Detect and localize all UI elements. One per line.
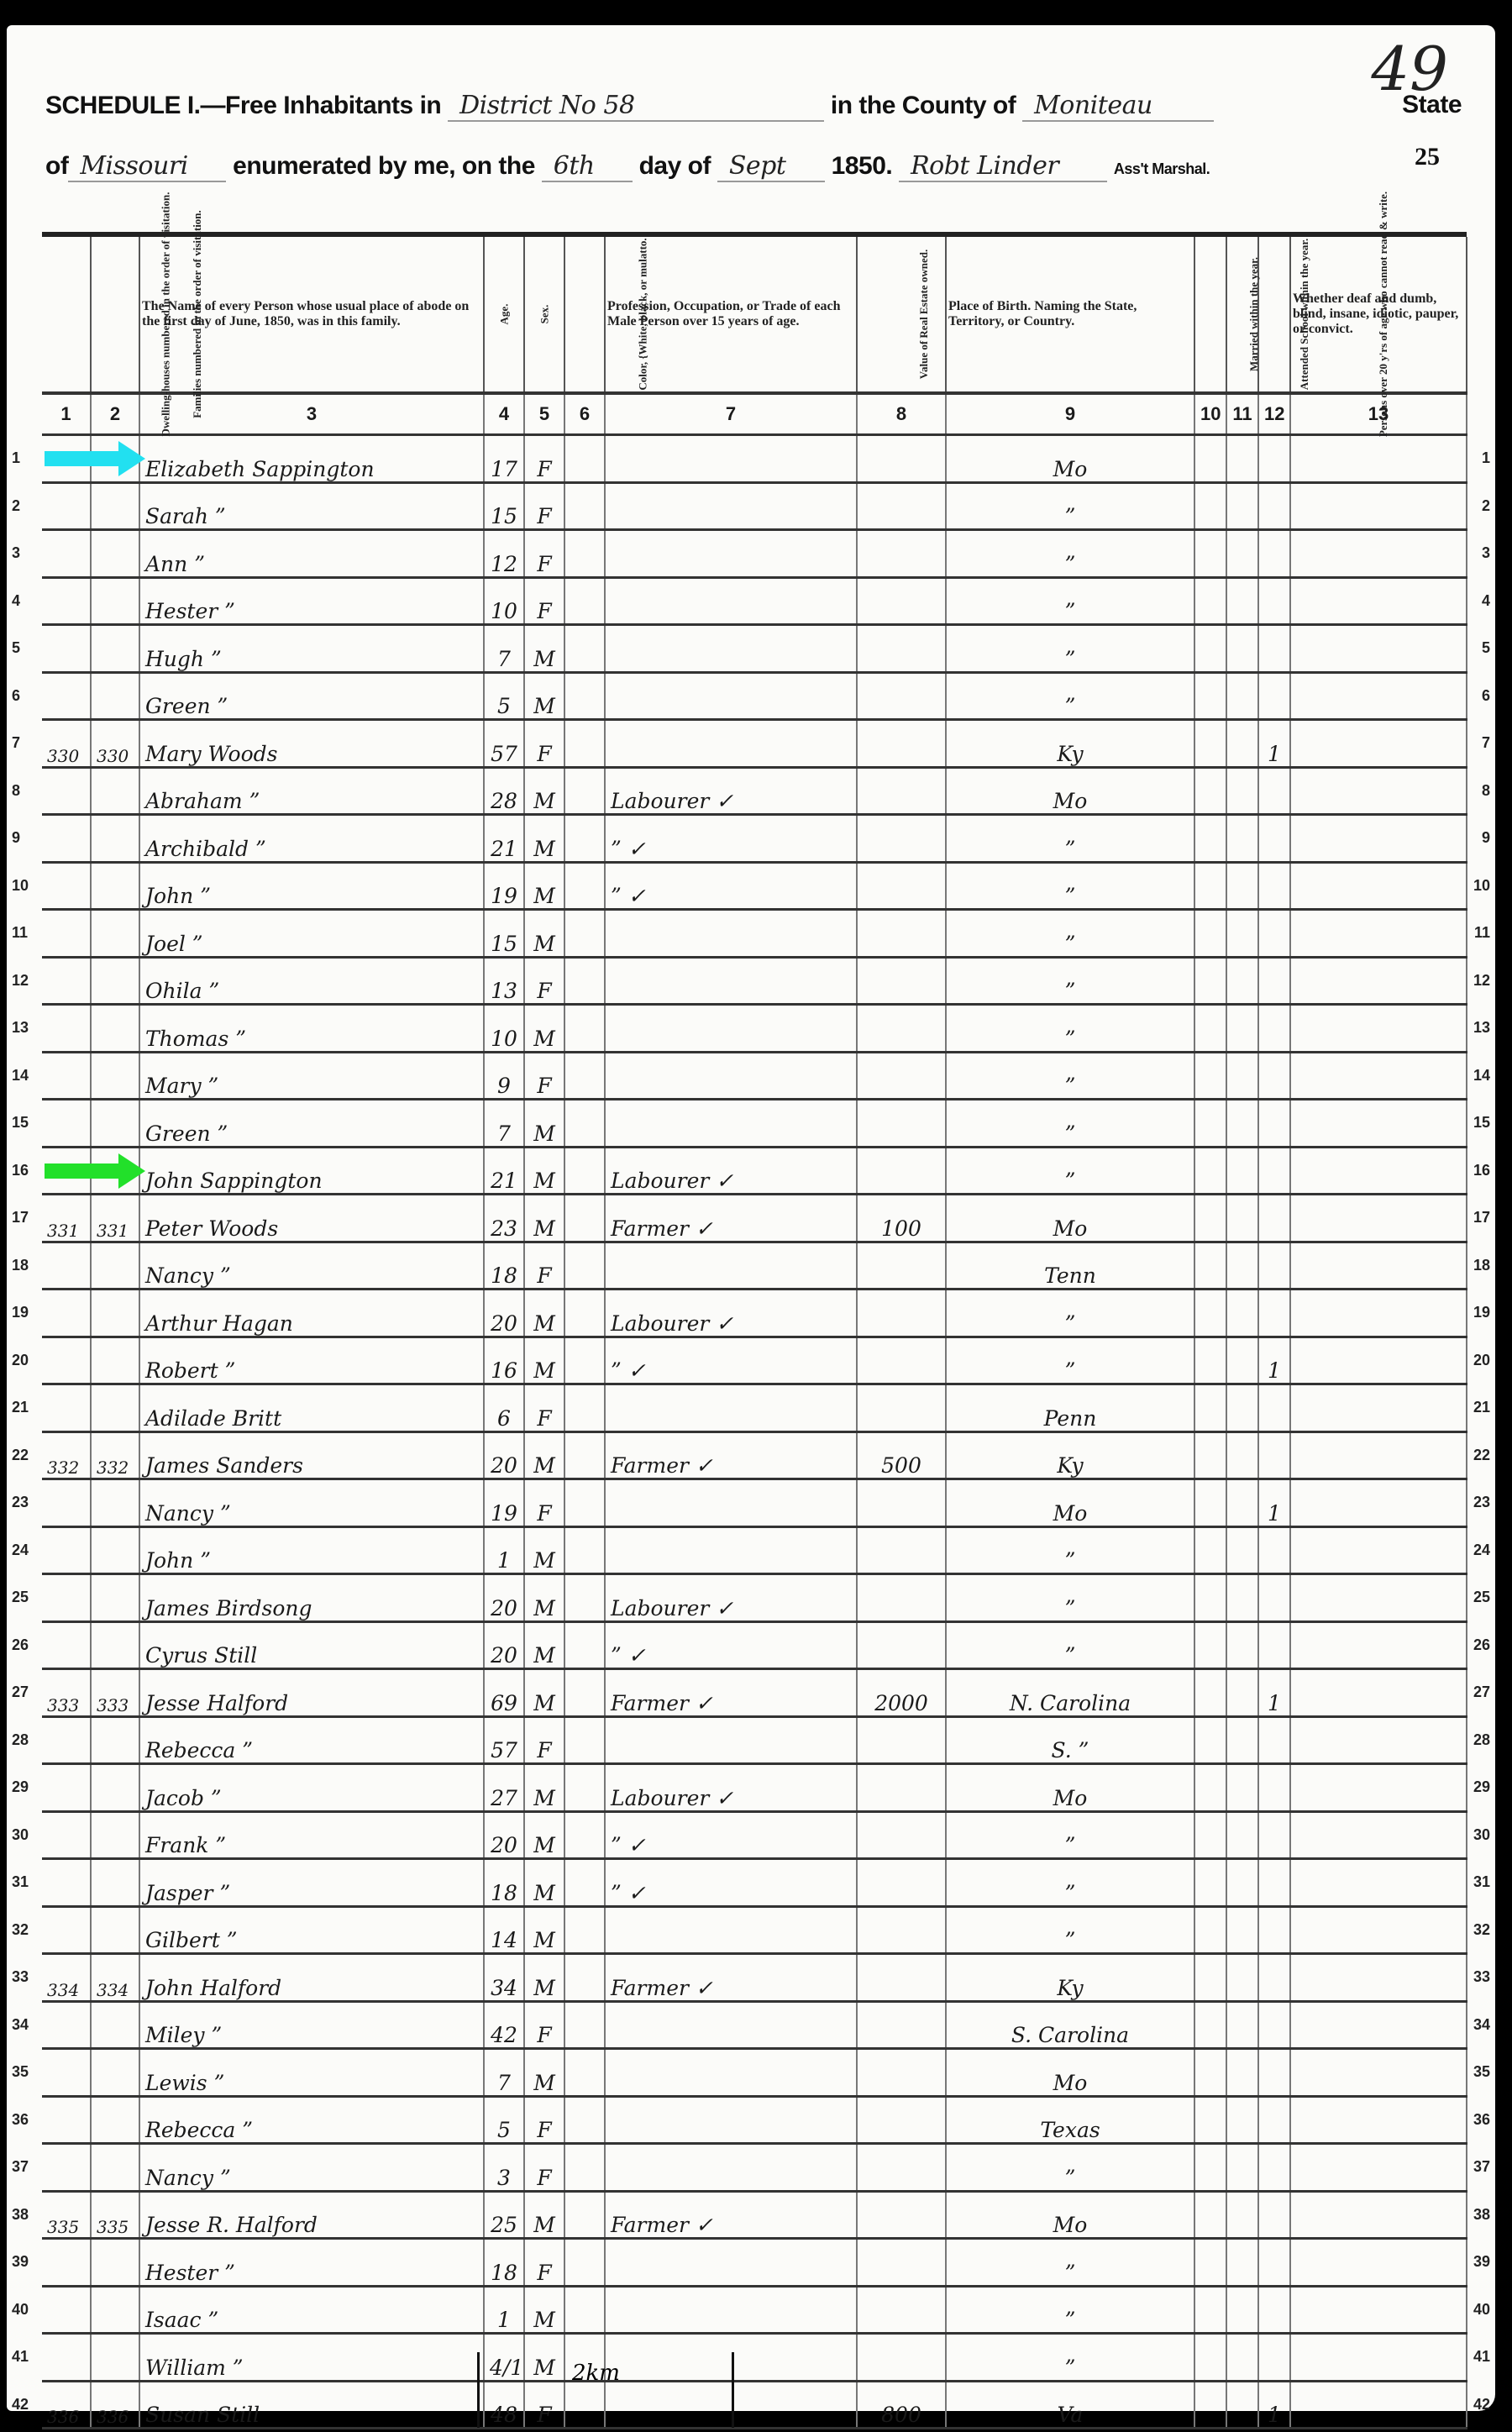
line-number: 36 [1473, 2111, 1490, 2129]
cell-family [91, 957, 139, 1005]
line-number: 9 [12, 829, 20, 847]
cell-empty [1194, 910, 1226, 958]
cell-dwelling [42, 1764, 91, 1812]
cell-family: 332 [91, 1431, 139, 1479]
column-number-row: 12345678910111213 [42, 393, 1467, 435]
cell-c12 [1258, 2144, 1290, 2192]
cell-dwelling [42, 530, 91, 578]
line-number: 39 [12, 2253, 29, 2271]
cell-name: Jesse R. Halford [139, 2191, 484, 2239]
census-page: 49 SCHEDULE I.—Free Inhabitants in Distr… [7, 25, 1495, 2411]
cell-empty [564, 1431, 605, 1479]
cell-empty [1226, 1384, 1258, 1432]
census-rows: Elizabeth Sappington17FMoSarah ”15F”Ann … [42, 435, 1467, 2429]
cell-birthplace: ” [946, 1811, 1194, 1859]
cell-value [857, 1574, 946, 1622]
cell-empty [1194, 1954, 1226, 2002]
table-row: Frank ”20M” ✓” [42, 1811, 1467, 1859]
cell-name: Lewis ” [139, 2049, 484, 2097]
table-row: Ann ”12F” [42, 530, 1467, 578]
cell-age: 25 [484, 2191, 524, 2239]
cell-empty [1194, 2381, 1226, 2429]
cell-name: Miley ” [139, 2001, 484, 2049]
cell-dwelling [42, 625, 91, 673]
line-number: 2 [12, 497, 20, 515]
cell-empty [1290, 1147, 1467, 1195]
line-number: 11 [12, 924, 28, 942]
table-row: 333333Jesse Halford69MFarmer ✓2000N. Car… [42, 1669, 1467, 1717]
cell-c12 [1258, 2049, 1290, 2097]
cell-birthplace: ” [946, 1906, 1194, 1954]
cell-family [91, 672, 139, 720]
cell-empty [1194, 530, 1226, 578]
cell-empty [1194, 1811, 1226, 1859]
cell-empty [1290, 862, 1467, 910]
cell-empty [1226, 2381, 1258, 2429]
cell-dwelling [42, 1479, 91, 1527]
cell-c12 [1258, 1005, 1290, 1053]
cell-empty [1226, 482, 1258, 530]
cell-empty [1226, 1195, 1258, 1242]
cell-dwelling [42, 1005, 91, 1053]
table-row: Green ”7M” [42, 1100, 1467, 1148]
cell-family [91, 1764, 139, 1812]
table-row: Nancy ”18FTenn [42, 1242, 1467, 1290]
cell-family [91, 862, 139, 910]
footer-note: 2km [572, 2361, 620, 2386]
cell-name: Adilade Britt [139, 1384, 484, 1432]
cell-empty [564, 1954, 605, 2002]
cell-name: Hester ” [139, 2239, 484, 2287]
line-number: 7 [12, 734, 20, 752]
line-number: 29 [12, 1778, 29, 1796]
cell-occupation: Labourer ✓ [605, 767, 857, 815]
cell-empty [564, 1147, 605, 1195]
cell-value [857, 957, 946, 1005]
cell-family [91, 1384, 139, 1432]
cell-empty [1226, 1954, 1258, 2002]
cell-empty [1194, 1479, 1226, 1527]
cell-value [857, 530, 946, 578]
cell-birthplace: ” [946, 1147, 1194, 1195]
cell-empty [564, 1100, 605, 1148]
cell-sex: M [524, 1669, 564, 1717]
cell-birthplace: ” [946, 1290, 1194, 1337]
cell-value [857, 1811, 946, 1859]
cell-value [857, 2049, 946, 2097]
column-number-5: 5 [524, 393, 564, 435]
column-number-4: 4 [484, 393, 524, 435]
line-number: 30 [12, 1826, 29, 1844]
cell-empty [1290, 1526, 1467, 1574]
line-number: 17 [1473, 1209, 1490, 1227]
header-line-1: SCHEDULE I.—Free Inhabitants in District… [45, 91, 1462, 133]
cell-empty [1194, 482, 1226, 530]
cell-c12 [1258, 1574, 1290, 1622]
cell-empty [1290, 2334, 1467, 2382]
table-row: Jacob ”27MLabourer ✓Mo [42, 1764, 1467, 1812]
cell-birthplace: Tenn [946, 1242, 1194, 1290]
cell-sex: F [524, 1052, 564, 1100]
cell-family [91, 1716, 139, 1764]
cell-occupation [605, 1384, 857, 1432]
cell-empty [1290, 435, 1467, 483]
cell-empty [1226, 1479, 1258, 1527]
cell-empty [1226, 1859, 1258, 1907]
cell-occupation [605, 435, 857, 483]
cell-c12 [1258, 1431, 1290, 1479]
cell-empty [1194, 1147, 1226, 1195]
line-number: 27 [12, 1683, 29, 1701]
column-header-label: Married within the year. [1247, 257, 1261, 371]
cell-empty [1290, 1811, 1467, 1859]
cell-empty [1290, 720, 1467, 768]
cell-occupation [605, 2049, 857, 2097]
cell-family [91, 2049, 139, 2097]
line-number: 5 [1482, 639, 1490, 657]
cell-age: 10 [484, 1005, 524, 1053]
cell-empty [1290, 1242, 1467, 1290]
cell-name: Robert ” [139, 1337, 484, 1384]
cell-age: 3 [484, 2144, 524, 2192]
cell-value [857, 1764, 946, 1812]
cell-sex: F [524, 1716, 564, 1764]
cell-c12 [1258, 2096, 1290, 2144]
cell-empty [1290, 1384, 1467, 1432]
line-number: 39 [1473, 2253, 1490, 2271]
table-row: Adilade Britt6FPenn [42, 1384, 1467, 1432]
cell-birthplace: Penn [946, 1384, 1194, 1432]
cell-value [857, 2096, 946, 2144]
cell-name: William ” [139, 2334, 484, 2382]
cell-empty [1226, 862, 1258, 910]
cell-empty [1226, 1290, 1258, 1337]
cell-dwelling [42, 2286, 91, 2334]
cell-c12 [1258, 577, 1290, 625]
cell-empty [1290, 815, 1467, 863]
cell-age: 18 [484, 1859, 524, 1907]
cell-occupation: ” ✓ [605, 1621, 857, 1669]
cell-birthplace: ” [946, 815, 1194, 863]
census-table: Dwelling-houses numbered in the order of… [42, 232, 1467, 2429]
cell-sex: M [524, 767, 564, 815]
column-header-label: Age. [497, 303, 511, 324]
cell-birthplace: ” [946, 530, 1194, 578]
column-header-label: Attended School within the year. [1298, 238, 1311, 389]
cell-birthplace: Mo [946, 435, 1194, 483]
cell-birthplace: S. Carolina [946, 2001, 1194, 2049]
cell-empty [564, 767, 605, 815]
table-row: Archibald ”21M” ✓” [42, 815, 1467, 863]
cell-empty [1226, 1526, 1258, 1574]
cell-family [91, 767, 139, 815]
cell-empty [564, 1621, 605, 1669]
cell-sex: F [524, 482, 564, 530]
cell-sex: M [524, 2191, 564, 2239]
cell-birthplace: Va [946, 2381, 1194, 2429]
line-number: 27 [1473, 1683, 1490, 1701]
cell-empty [564, 1242, 605, 1290]
cell-occupation [605, 1526, 857, 1574]
cell-value [857, 1100, 946, 1148]
cell-empty [1290, 482, 1467, 530]
cell-c12 [1258, 1052, 1290, 1100]
cell-family: 333 [91, 1669, 139, 1717]
line-number: 16 [12, 1162, 29, 1179]
cell-sex: M [524, 2286, 564, 2334]
cell-empty [1194, 1195, 1226, 1242]
cell-occupation: Farmer ✓ [605, 2191, 857, 2239]
line-number: 24 [1473, 1542, 1490, 1559]
cell-name: Nancy ” [139, 1479, 484, 1527]
line-number: 10 [1473, 877, 1490, 895]
cell-occupation [605, 720, 857, 768]
cell-c12 [1258, 815, 1290, 863]
cell-age: 28 [484, 767, 524, 815]
cell-birthplace: ” [946, 2334, 1194, 2382]
cell-empty [1290, 2239, 1467, 2287]
cell-sex: M [524, 1621, 564, 1669]
cell-family: 331 [91, 1195, 139, 1242]
table-row: Cyrus Still20M” ✓” [42, 1621, 1467, 1669]
cell-name: Green ” [139, 672, 484, 720]
cell-empty [1226, 2286, 1258, 2334]
cell-name: Susan Still [139, 2381, 484, 2429]
line-number: 34 [1473, 2016, 1490, 2034]
line-number: 22 [1473, 1447, 1490, 1464]
cell-empty [564, 720, 605, 768]
cell-c12: 1 [1258, 720, 1290, 768]
cell-occupation: Farmer ✓ [605, 1195, 857, 1242]
cell-occupation [605, 2001, 857, 2049]
cell-c12 [1258, 1716, 1290, 1764]
cell-empty [564, 910, 605, 958]
cell-family [91, 2096, 139, 2144]
cell-value [857, 1906, 946, 1954]
cell-empty [1290, 1621, 1467, 1669]
table-row: Ohila ”13F” [42, 957, 1467, 1005]
cell-occupation [605, 2096, 857, 2144]
cell-age: 20 [484, 1574, 524, 1622]
cell-empty [564, 1384, 605, 1432]
line-number: 6 [1482, 687, 1490, 705]
cell-sex: F [524, 720, 564, 768]
table-row: 334334John Halford34MFarmer ✓Ky [42, 1954, 1467, 2002]
county-label: in the County of [831, 92, 1016, 119]
table-row: Elizabeth Sappington17FMo [42, 435, 1467, 483]
cell-birthplace: ” [946, 2239, 1194, 2287]
cell-sex: M [524, 1764, 564, 1812]
cell-age: 1 [484, 1526, 524, 1574]
cell-empty [1194, 672, 1226, 720]
cell-empty [564, 957, 605, 1005]
line-number: 23 [12, 1494, 29, 1511]
cell-value [857, 1290, 946, 1337]
cell-empty [1194, 2239, 1226, 2287]
column-number-1: 1 [42, 393, 91, 435]
line-number: 33 [12, 1968, 29, 1986]
cell-dwelling: 330 [42, 720, 91, 768]
cell-birthplace: ” [946, 1100, 1194, 1148]
column-number-8: 8 [857, 393, 946, 435]
cell-sex: M [524, 2049, 564, 2097]
cell-empty [1290, 577, 1467, 625]
line-number: 42 [1473, 2396, 1490, 2414]
cell-empty [1226, 1100, 1258, 1148]
cell-dwelling [42, 1906, 91, 1954]
cell-c12 [1258, 1290, 1290, 1337]
cell-empty [1226, 1052, 1258, 1100]
line-number: 19 [12, 1304, 29, 1321]
line-number: 25 [12, 1589, 29, 1606]
cell-family: 336 [91, 2381, 139, 2429]
cell-c12 [1258, 1954, 1290, 2002]
cell-age: 7 [484, 625, 524, 673]
cell-empty [1226, 1242, 1258, 1290]
cell-empty [564, 2049, 605, 2097]
cell-c12: 1 [1258, 1669, 1290, 1717]
cell-empty [1290, 672, 1467, 720]
cell-empty [1290, 767, 1467, 815]
cell-value [857, 435, 946, 483]
line-number: 20 [12, 1352, 29, 1369]
cell-dwelling [42, 1574, 91, 1622]
cell-empty [564, 815, 605, 863]
cell-empty [1226, 767, 1258, 815]
cell-value [857, 625, 946, 673]
cell-empty [564, 1574, 605, 1622]
cell-dwelling [42, 1290, 91, 1337]
cell-c12 [1258, 910, 1290, 958]
line-number: 25 [1473, 1589, 1490, 1606]
cell-sex: M [524, 1100, 564, 1148]
cell-dwelling [42, 767, 91, 815]
line-number: 13 [12, 1019, 29, 1037]
cell-empty [1194, 720, 1226, 768]
table-row: Arthur Hagan20MLabourer ✓” [42, 1290, 1467, 1337]
line-number: 15 [12, 1114, 29, 1132]
cell-birthplace: N. Carolina [946, 1669, 1194, 1717]
line-number: 35 [1473, 2063, 1490, 2081]
cell-empty [1290, 910, 1467, 958]
month-value: Sept [717, 151, 825, 182]
line-number: 38 [12, 2206, 29, 2224]
cell-occupation [605, 1242, 857, 1290]
state-label: State [1402, 91, 1462, 119]
cell-value [857, 2286, 946, 2334]
cell-empty [1290, 2001, 1467, 2049]
line-number: 1 [12, 449, 20, 467]
cell-empty [1226, 1005, 1258, 1053]
county-value: Moniteau [1022, 91, 1214, 122]
cell-empty [1290, 1574, 1467, 1622]
cell-c12: 1 [1258, 1479, 1290, 1527]
column-header-label: Families numbered in the order of visita… [191, 210, 204, 418]
cell-dwelling [42, 1859, 91, 1907]
line-number: 3 [12, 544, 20, 562]
cell-sex: M [524, 1195, 564, 1242]
cell-empty [1226, 1764, 1258, 1812]
cell-empty [1290, 2144, 1467, 2192]
cell-empty [1194, 1621, 1226, 1669]
cell-occupation [605, 530, 857, 578]
table-row: John ”19M” ✓” [42, 862, 1467, 910]
column-header-label: Persons over 20 y'rs of age who cannot r… [1377, 191, 1390, 436]
cell-empty [1194, 577, 1226, 625]
cell-empty [1194, 1384, 1226, 1432]
cell-name: Thomas ” [139, 1005, 484, 1053]
cell-dwelling [42, 862, 91, 910]
district-value: District No 58 [448, 91, 824, 122]
cell-empty [1290, 1906, 1467, 1954]
line-number: 31 [1473, 1873, 1490, 1891]
cell-sex: M [524, 910, 564, 958]
cell-empty [564, 577, 605, 625]
line-number: 41 [1473, 2348, 1490, 2366]
cell-value: 100 [857, 1195, 946, 1242]
cell-empty [564, 862, 605, 910]
line-number: 26 [1473, 1636, 1490, 1654]
cell-dwelling [42, 1242, 91, 1290]
cell-empty [564, 2144, 605, 2192]
cell-birthplace: ” [946, 2286, 1194, 2334]
cell-empty [564, 1526, 605, 1574]
cell-family [91, 910, 139, 958]
cell-family [91, 1479, 139, 1527]
table-row: Rebecca ”5FTexas [42, 2096, 1467, 2144]
cell-name: John Sappington [139, 1147, 484, 1195]
cell-sex: F [524, 577, 564, 625]
cell-name: Arthur Hagan [139, 1290, 484, 1337]
cell-empty [1226, 720, 1258, 768]
cell-sex: M [524, 1290, 564, 1337]
table-row: Hester ”18F” [42, 2239, 1467, 2287]
line-number: 19 [1473, 1304, 1490, 1321]
cell-occupation [605, 577, 857, 625]
cell-c12 [1258, 862, 1290, 910]
cell-empty [1226, 1337, 1258, 1384]
cell-value [857, 2239, 946, 2287]
cell-c12 [1258, 1764, 1290, 1812]
cell-sex: F [524, 2239, 564, 2287]
table-row: Miley ”42FS. Carolina [42, 2001, 1467, 2049]
cell-c12 [1258, 1100, 1290, 1148]
cell-sex: M [524, 1005, 564, 1053]
cell-value [857, 720, 946, 768]
table-row: Nancy ”3F” [42, 2144, 1467, 2192]
schedule-label: SCHEDULE I.—Free Inhabitants in [45, 92, 441, 119]
cell-family [91, 2239, 139, 2287]
cell-name: Abraham ” [139, 767, 484, 815]
table-row: Nancy ”19FMo1 [42, 1479, 1467, 1527]
cell-dwelling [42, 910, 91, 958]
cell-birthplace: ” [946, 577, 1194, 625]
cell-sex: M [524, 1147, 564, 1195]
column-number-11: 11 [1226, 393, 1258, 435]
cell-empty [1194, 1716, 1226, 1764]
cell-age: 21 [484, 815, 524, 863]
cell-occupation: Labourer ✓ [605, 1764, 857, 1812]
green-arrow-icon [45, 1153, 145, 1189]
line-number: 34 [12, 2016, 29, 2034]
cell-value [857, 815, 946, 863]
line-number: 38 [1473, 2206, 1490, 2224]
cell-occupation [605, 957, 857, 1005]
cell-occupation [605, 2286, 857, 2334]
cell-c12 [1258, 1859, 1290, 1907]
table-row: William ”4/12M” [42, 2334, 1467, 2382]
line-number: 28 [1473, 1731, 1490, 1749]
